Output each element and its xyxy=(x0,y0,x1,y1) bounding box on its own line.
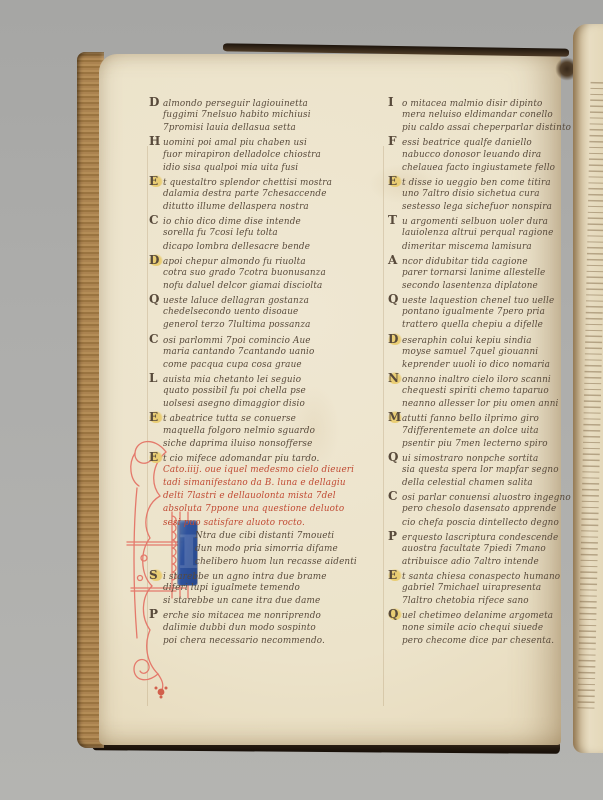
verse-line: parer tornarsi lanime allestelle xyxy=(388,267,588,280)
tercet-capital: P xyxy=(149,608,163,620)
verse-line: 7promisi lauia dellasua setta xyxy=(149,122,381,135)
verse-line: nofu daluel delcor giamai disciolta xyxy=(149,280,381,293)
verse-line: Ancor didubitar tida cagione xyxy=(388,254,588,267)
tercet-capital: C xyxy=(149,214,163,226)
verse-line: dalimie dubbi dun modo sospinto xyxy=(149,622,381,635)
rubric-line: sesi puo satisfare aluoto rocto. xyxy=(149,517,381,530)
verse-line: come pacqua cupa cosa graue xyxy=(149,359,381,372)
tercet-capital: Q xyxy=(149,293,163,305)
verse-line: pero chesolo dasensato apprende xyxy=(388,503,588,516)
verse-line: Fessi beatrice qualfe daniello xyxy=(388,135,588,148)
photograph-background: I Dalmondo perseguir lagiouinettafuggimi… xyxy=(0,0,603,800)
tercet-capital: E xyxy=(388,175,402,187)
verse-line: 7differentemete an dolce uita xyxy=(388,425,588,438)
verse-line: della celestial chamen salita xyxy=(388,477,588,490)
rubric-line: Cato.iiij. oue iquel medesmo cielo dieue… xyxy=(149,464,381,477)
verse-line: secondo lasentenza diplatone xyxy=(388,280,588,293)
verse-line: sorella fu 7cosi lefu tolta xyxy=(149,227,381,240)
verse-line: diferi lupi igualmete temendo xyxy=(149,582,381,595)
verse-line: Si starebbe un agno intra due brame xyxy=(149,569,381,582)
verse-line: sestesso lega sichefuor nonspira xyxy=(388,201,588,214)
verse-line: Tu argomenti selbuon uoler dura xyxy=(388,214,588,227)
verse-line: chelauea facto ingiustamete fello xyxy=(388,162,588,175)
verse-line: dicapo lombra dellesacre bende xyxy=(149,241,381,254)
verse-line: Et santa chiesa conaspecto humano xyxy=(388,569,588,582)
verse-line: Queste laluce dellagran gostanza xyxy=(149,293,381,306)
rubric-line: tadi simanifestano da B. luna e dellagiu xyxy=(149,477,381,490)
verse-line: keprender uuoli io dico nomaria xyxy=(388,359,588,372)
verse-line: uolsesi asegno dimaggior disio xyxy=(149,398,381,411)
verse-line: dalamia destra parte 7chesaccende xyxy=(149,188,381,201)
verse-line: uno 7altro disio sichetua cura xyxy=(388,188,588,201)
verse-line: Io mitacea malmio disir dipinto xyxy=(388,96,588,109)
verse-line: ditutto illume dellaspera nostra xyxy=(149,201,381,214)
verse-line: dun modo pria simorria difame xyxy=(149,543,381,556)
verse-line: fuor mirapiron delladolce chiostra xyxy=(149,149,381,162)
verse-line: Queste laquestion chenel tuo uelle xyxy=(388,293,588,306)
tercet-capital: M xyxy=(388,411,402,423)
text-column-right: Io mitacea malmio disir dipintomera nelu… xyxy=(388,96,588,648)
verse-line: Huomini poi amal piu chaben usi xyxy=(149,135,381,148)
verse-line: Dapoi chepur almondo fu riuolta xyxy=(149,254,381,267)
ruling-line xyxy=(383,146,384,706)
verse-line: pero checome dice par chesenta. xyxy=(388,635,588,648)
verse-line: none simile acio chequi siuede xyxy=(388,622,588,635)
tercet-capital: C xyxy=(388,490,402,502)
tercet-capital: T xyxy=(388,214,402,226)
verse-line: pontano igualmente 7pero pria xyxy=(388,306,588,319)
verse-line: cio chefa poscia dintellecto degno xyxy=(388,517,588,530)
verse-line: chedelsecondo uento disoaue xyxy=(149,306,381,319)
verse-line: trattero quella chepiu a difelle xyxy=(388,319,588,332)
verse-line: Cosi parlommi 7poi comincio Aue xyxy=(149,333,381,346)
verse-line: generol terzo 7lultima possanza xyxy=(149,319,381,332)
verse-line: Cio chio dico dime dise intende xyxy=(149,214,381,227)
verse-line: Qui simostraro nonpche sortita xyxy=(388,451,588,464)
rubric-line: absoluta 7ppone una questione deluoto xyxy=(149,503,381,516)
verse-line: idio sisa qualpoi mia uita fusi xyxy=(149,162,381,175)
verse-line: fuggimi 7nelsuo habito michiusi xyxy=(149,109,381,122)
verse-line: quato possibil fu poi chella pse xyxy=(149,385,381,398)
rubric-line: delti 7lastri e dellauolonta mista 7del xyxy=(149,490,381,503)
verse-line: Cosi parlar conuensi aluostro ingegno xyxy=(388,490,588,503)
verse-line: si starebbe un cane itra due dame xyxy=(149,595,381,608)
tercet-capital: C xyxy=(149,333,163,345)
verse-line: Nonanno inaltro cielo iloro scanni xyxy=(388,372,588,385)
tercet-capital: Q xyxy=(388,451,402,463)
verse-line: Et abeatrice tutta se conuerse xyxy=(149,411,381,424)
verse-line: neanno allesser lor piu omen anni xyxy=(388,398,588,411)
tercet-capital: E xyxy=(388,569,402,581)
tercet-capital: S xyxy=(149,569,163,581)
verse-line: mera neluiso eldimandar conello xyxy=(388,109,588,122)
verse-line: maria cantando 7cantando uanio xyxy=(149,346,381,359)
verse-line: chequesti spiriti chemo taparuo xyxy=(388,385,588,398)
verse-line: lauiolenza altrui perqual ragione xyxy=(388,227,588,240)
verse-line: Quel chetimeo delanime argometa xyxy=(388,608,588,621)
verse-line: Deseraphin colui kepiu sindia xyxy=(388,333,588,346)
verse-line: Et questaltro splendor chettisi mostra xyxy=(149,175,381,188)
tercet-capital: A xyxy=(388,254,402,266)
tercet-capital: F xyxy=(388,135,402,147)
tercet-capital: N xyxy=(388,372,402,384)
tercet-capital: L xyxy=(149,372,163,384)
verse-line: auostra facultate 7piedi 7mano xyxy=(388,543,588,556)
verse-line: Lauista mia chetanto lei seguio xyxy=(149,372,381,385)
verse-line: Perche sio mitacea me nonriprendo xyxy=(149,608,381,621)
tercet-capital: H xyxy=(149,135,163,147)
verse-line: Et disse io ueggio ben come titira xyxy=(388,175,588,188)
verse-line: Dalmondo perseguir lagiouinetta xyxy=(149,96,381,109)
verse-line: gabriel 7michael uirapresenta xyxy=(388,582,588,595)
tercet-capital: E xyxy=(149,411,163,423)
verse-line: maquella folgoro nelmio sguardo xyxy=(149,425,381,438)
verse-line: atribuisce adio 7altro intende xyxy=(388,556,588,569)
verse-line: Perquesto lascriptura condescende xyxy=(388,530,588,543)
verse-line: nabucco donosor leuando dira xyxy=(388,149,588,162)
verse-line: Ntra due cibi distanti 7moueti xyxy=(149,530,381,543)
verse-line: 7laltro chetobia rifece sano xyxy=(388,595,588,608)
tercet-capital: I xyxy=(388,96,402,108)
verse-line: Matutti fanno bello ilprimo giro xyxy=(388,411,588,424)
verse-line: siche daprima iluiso nonsofferse xyxy=(149,438,381,451)
verse-line: Et cio mifece adomandar piu tardo. xyxy=(149,451,381,464)
tercet-capital: D xyxy=(149,96,163,108)
tercet-capital: D xyxy=(149,254,163,266)
verse-line: sia questa spera lor mapfar segno xyxy=(388,464,588,477)
tercet-capital: P xyxy=(388,530,402,542)
tercet-capital: Q xyxy=(388,608,402,620)
tercet-capital: E xyxy=(149,451,163,463)
verse-line: psentir piu 7men lecterno spiro xyxy=(388,438,588,451)
verse-line: dimeritar miscema lamisura xyxy=(388,241,588,254)
verse-line: moyse samuel 7quel giouanni xyxy=(388,346,588,359)
text-column-left: Dalmondo perseguir lagiouinettafuggimi 7… xyxy=(149,96,381,648)
verse-line: chelibero huom lun recasse aidenti xyxy=(149,556,381,569)
verse-line: poi chera necessario necommendo. xyxy=(149,635,381,648)
tercet-capital: E xyxy=(149,175,163,187)
tercet-capital: Q xyxy=(388,293,402,305)
tercet-capital: D xyxy=(388,333,402,345)
verse-line: piu caldo assai cheperparlar distinto xyxy=(388,122,588,135)
verse-line: cotra suo grado 7cotra buonusanza xyxy=(149,267,381,280)
